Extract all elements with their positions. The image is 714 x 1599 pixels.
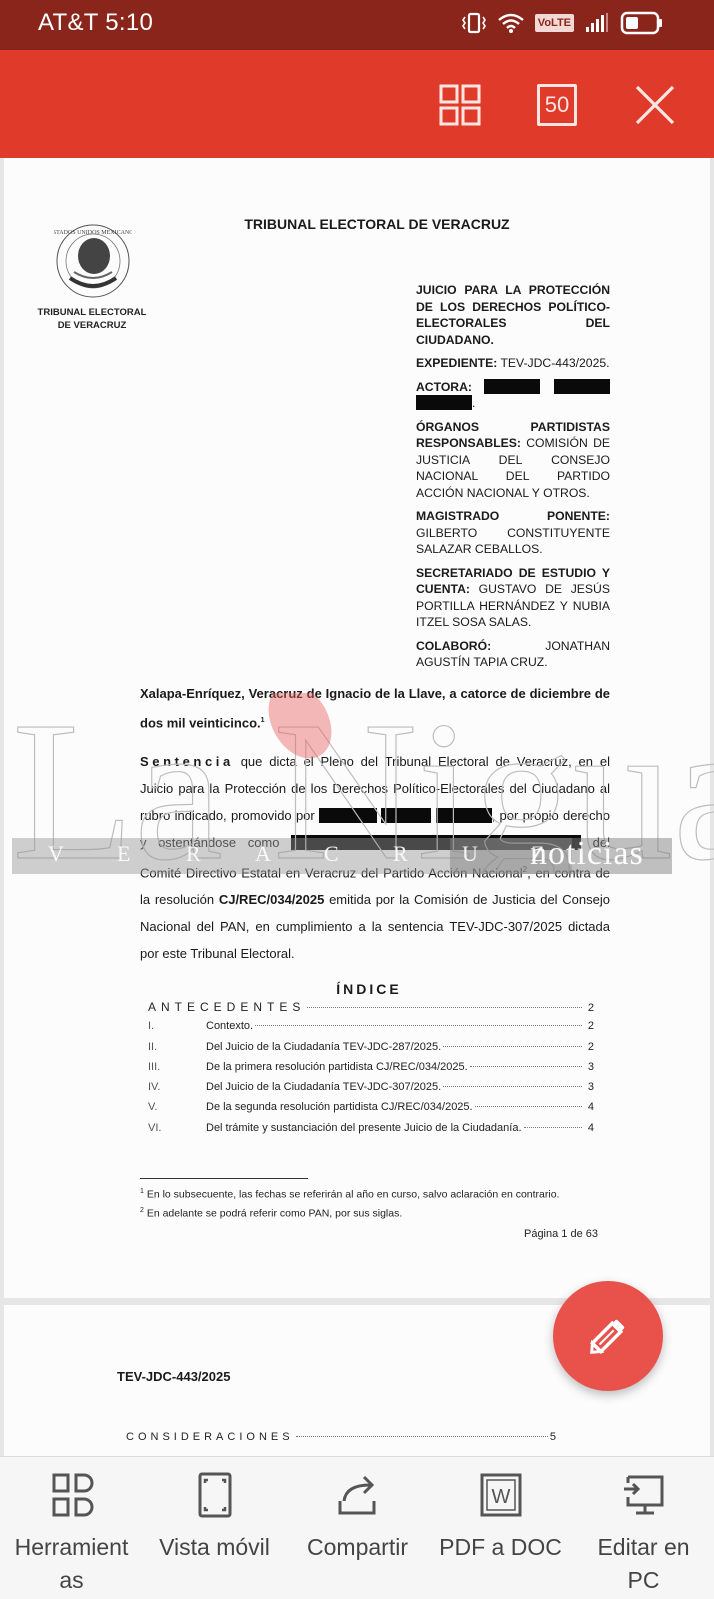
pdf-viewer[interactable]: ESTADOS UNIDOS MEXICANOS TRIBUNAL ELECTO…: [0, 158, 714, 1456]
redaction: [436, 808, 492, 823]
page-count-button[interactable]: 50: [534, 82, 580, 128]
redaction: [416, 395, 472, 410]
status-bar: AT&T 5:10 VoLTE: [0, 0, 714, 50]
status-icons: VoLTE: [461, 10, 664, 36]
page-number: Página 1 de 63: [524, 1228, 598, 1240]
document-header: TRIBUNAL ELECTORAL DE VERACRUZ: [4, 216, 710, 232]
toc-row: CONSIDERACIONES 5: [126, 1431, 556, 1443]
toc-number: VI.: [148, 1122, 206, 1134]
toc-number: V.: [148, 1101, 206, 1113]
redaction: [554, 379, 610, 394]
monitor-icon: [620, 1471, 668, 1519]
footnote-ref: 1: [261, 717, 265, 724]
footnote: 1 En lo subsecuente, las fechas se refer…: [140, 1184, 559, 1203]
toc-page: 2: [584, 1002, 594, 1014]
toc-page: 4: [584, 1122, 594, 1134]
seal-caption: TRIBUNAL ELECTORAL DE VERACRUZ: [32, 306, 152, 332]
top-toolbar: 50: [0, 50, 714, 158]
toc-label: ANTECEDENTES: [148, 1000, 305, 1014]
pdf-page-1: ESTADOS UNIDOS MEXICANOS TRIBUNAL ELECTO…: [4, 158, 710, 1298]
page-count: 50: [537, 84, 577, 126]
pencil-icon: [584, 1312, 632, 1360]
case-caption: JUICIO PARA LA PROTECCIÓN DE LOS DERECHO…: [416, 282, 610, 678]
index-title: ÍNDICE: [4, 981, 710, 997]
word-doc-icon: W: [477, 1471, 525, 1519]
close-button[interactable]: [632, 82, 678, 128]
volte-badge: VoLTE: [535, 14, 574, 32]
table-of-contents: ANTECEDENTES2I.Contexto.2II.Del Juicio d…: [148, 1000, 594, 1142]
redaction: [484, 379, 540, 394]
redaction: [319, 808, 377, 823]
close-icon: [635, 85, 675, 125]
share-icon: [334, 1471, 382, 1519]
toc-row[interactable]: IV.Del Juicio de la Ciudadanía TEV-JDC-3…: [148, 1081, 594, 1101]
share-button[interactable]: Compartir: [286, 1457, 429, 1599]
toc-page: 2: [584, 1020, 594, 1032]
thumbnail-grid-button[interactable]: [437, 82, 483, 128]
toc-row[interactable]: III.De la primera resolución partidista …: [148, 1061, 594, 1081]
carrier-time: AT&T 5:10: [38, 9, 153, 37]
svg-text:W: W: [491, 1486, 510, 1508]
toc-number: III.: [148, 1061, 206, 1073]
toc-row[interactable]: I.Contexto.2: [148, 1020, 594, 1040]
vibrate-icon: [461, 12, 487, 34]
date-paragraph: Xalapa-Enríquez, Veracruz de Ignacio de …: [140, 680, 610, 736]
toc-row[interactable]: ANTECEDENTES2: [148, 1000, 594, 1020]
toc-number: IV.: [148, 1081, 206, 1093]
edit-fab-button[interactable]: [553, 1281, 663, 1391]
mobile-view-icon: [191, 1471, 239, 1519]
toc-label: Del trámite y sustanciación del presente…: [206, 1122, 522, 1134]
watermark-veracruz: VERACRUZ: [48, 841, 600, 867]
toc-page: 2: [584, 1041, 594, 1053]
toc-page: 4: [584, 1101, 594, 1113]
edit-on-pc-button[interactable]: Editar enPC: [572, 1457, 714, 1599]
tools-button[interactable]: Herramientas: [0, 1457, 143, 1599]
case-type: JUICIO PARA LA PROTECCIÓN DE LOS DERECHO…: [416, 283, 610, 347]
toc-label: De la primera resolución partidista CJ/R…: [206, 1061, 468, 1073]
toc-row[interactable]: V.De la segunda resolución partidista CJ…: [148, 1101, 594, 1121]
wifi-icon: [497, 12, 525, 34]
bottom-action-bar: Herramientas Vista móvil Compartir W PDF…: [0, 1456, 714, 1599]
toc-number: II.: [148, 1041, 206, 1053]
toc-label: De la segunda resolución partidista CJ/R…: [206, 1101, 473, 1113]
footnote-divider: [140, 1178, 308, 1179]
pdf-to-doc-button[interactable]: W PDF a DOC: [429, 1457, 572, 1599]
battery-icon: [620, 11, 664, 35]
toc-page: 3: [584, 1081, 594, 1093]
toc-row[interactable]: II.Del Juicio de la Ciudadanía TEV-JDC-2…: [148, 1041, 594, 1061]
tools-grid-icon: [48, 1471, 96, 1519]
toc-page: 3: [584, 1061, 594, 1073]
toc-label: Contexto.: [206, 1020, 253, 1032]
toc-label: Del Juicio de la Ciudadanía TEV-JDC-307/…: [206, 1081, 441, 1093]
redaction: [381, 808, 431, 823]
footnote: 2 En adelante se podrá referir como PAN,…: [140, 1203, 559, 1222]
mobile-view-button[interactable]: Vista móvil: [143, 1457, 286, 1599]
footnotes: 1 En lo subsecuente, las fechas se refer…: [140, 1184, 559, 1221]
case-number: TEV-JDC-443/2025.: [500, 356, 609, 370]
coat-of-arms-seal: ESTADOS UNIDOS MEXICANOS: [54, 222, 132, 300]
toc-number: I.: [148, 1020, 206, 1032]
toc-label: Del Juicio de la Ciudadanía TEV-JDC-287/…: [206, 1041, 441, 1053]
watermark-noticias: noticias: [530, 835, 644, 873]
toc-row[interactable]: VI.Del trámite y sustanciación del prese…: [148, 1122, 594, 1142]
page2-header: TEV-JDC-443/2025: [117, 1369, 230, 1384]
grid-icon: [439, 84, 481, 126]
signal-icon: [584, 12, 610, 34]
